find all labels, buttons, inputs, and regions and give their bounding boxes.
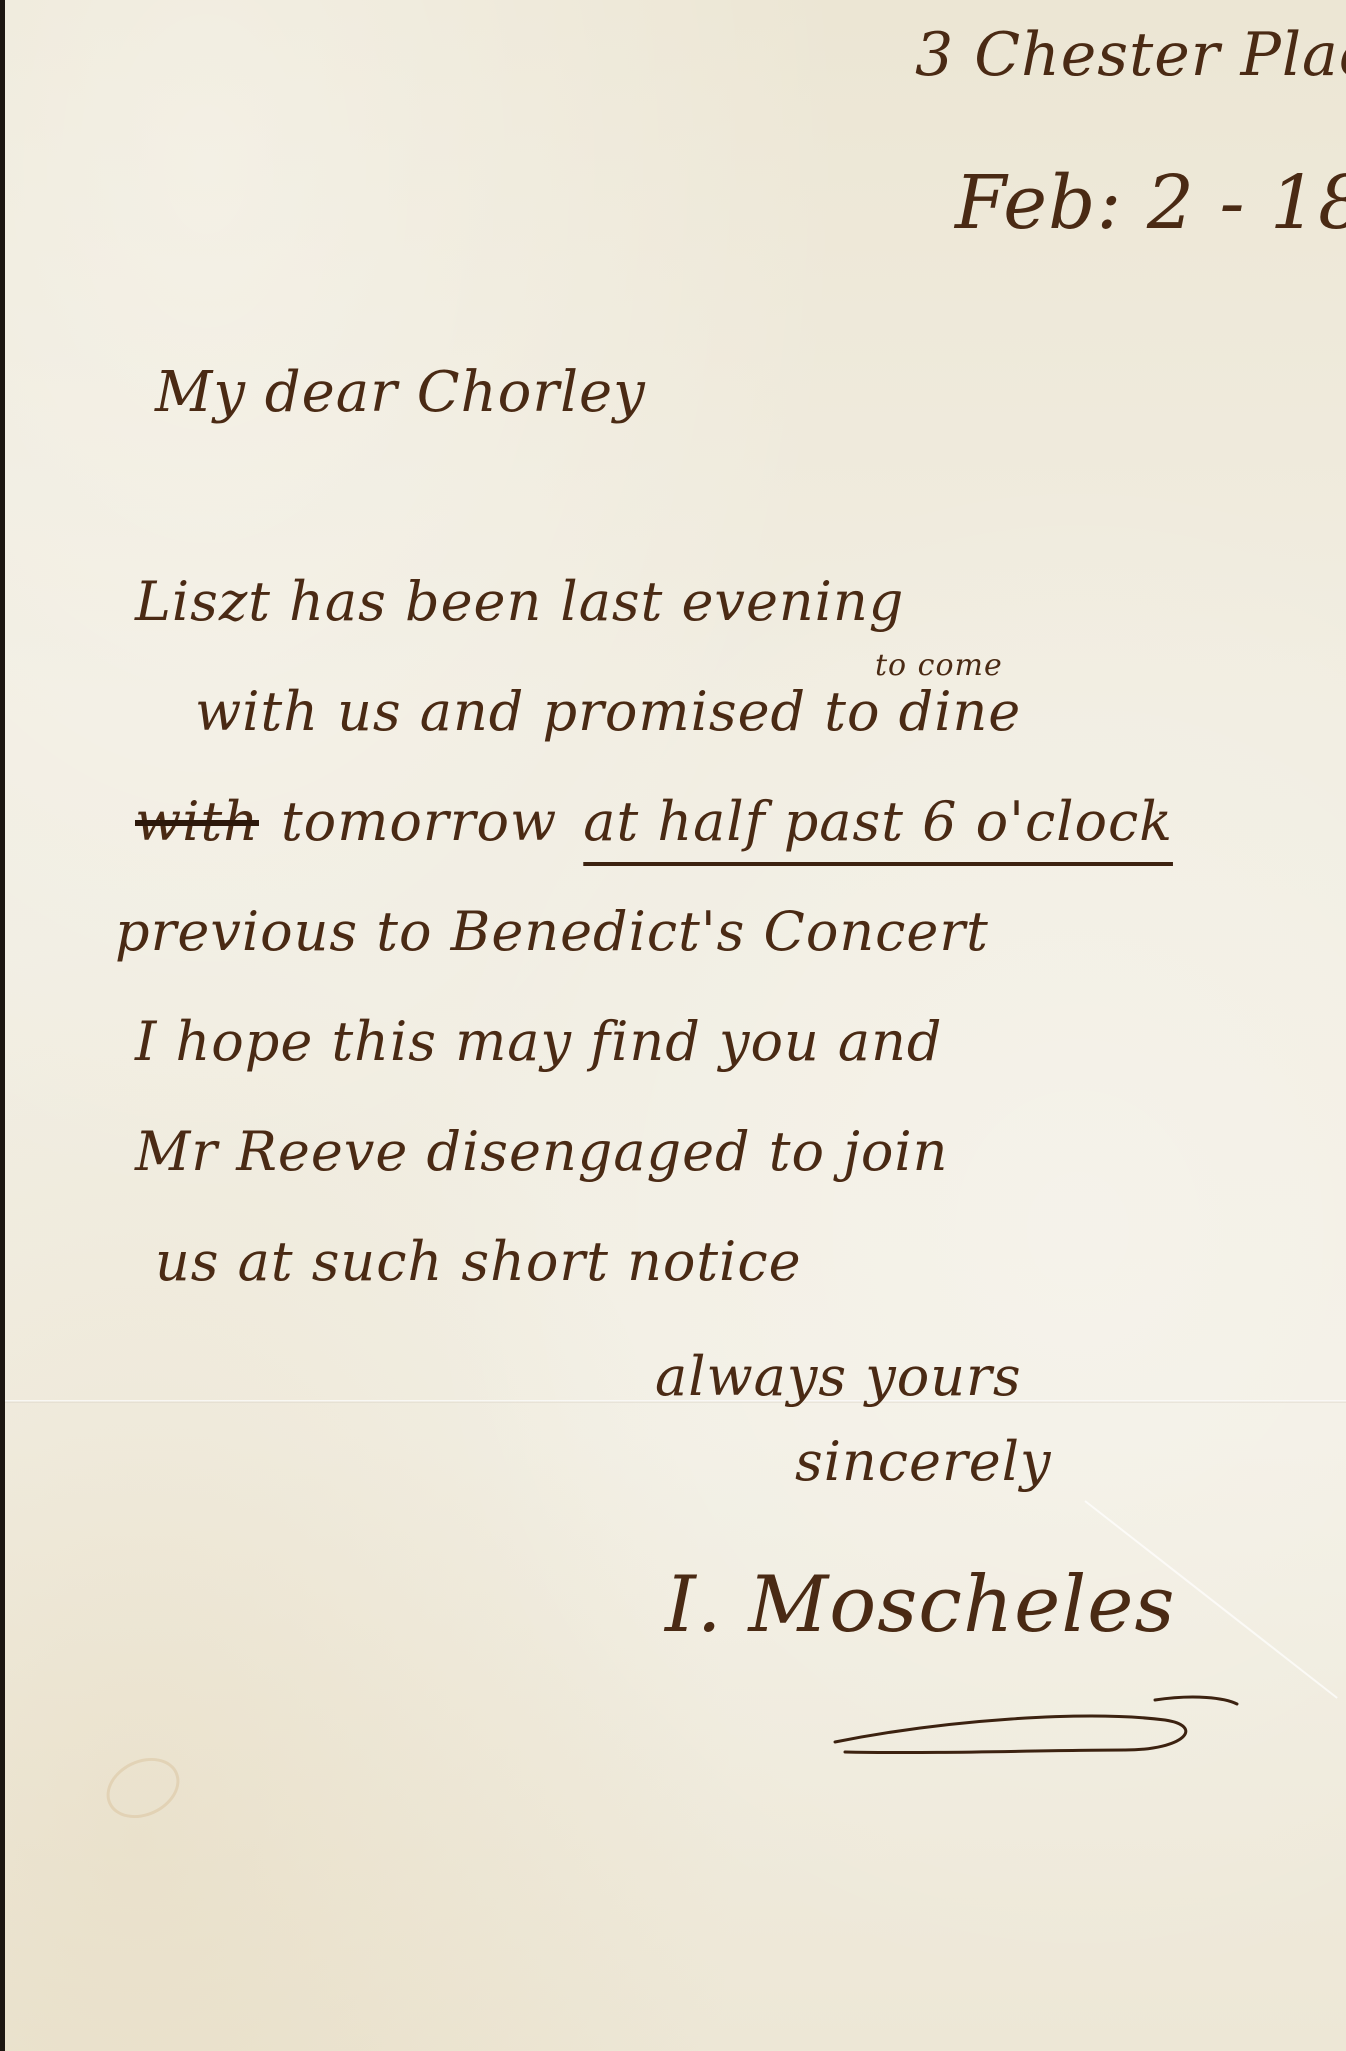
body-line-4: previous to Benedict's Concert [115, 900, 989, 963]
letter-page: 3 Chester Place Feb: 2 - 1841 My dear Ch… [0, 0, 1346, 2051]
signature-flourish-icon [825, 1680, 1245, 1760]
struck-out-word: with [135, 790, 259, 853]
paper-stain [97, 1747, 190, 1830]
signature: I. Moscheles [665, 1560, 1175, 1650]
underlined-time: at half past 6 o'clock [583, 790, 1173, 853]
body-line-2: with us and promised to dine [195, 680, 1021, 743]
body-line-5: I hope this may find you and [135, 1010, 942, 1073]
salutation: My dear Chorley [155, 360, 646, 425]
body-line-1: Liszt has been last evening [135, 570, 904, 633]
closing-line-2: sincerely [795, 1430, 1052, 1493]
body-line-7: us at such short notice [155, 1230, 802, 1293]
body-line-3: withtomorrowat half past 6 o'clock [135, 790, 1173, 853]
letter-date: Feb: 2 - 1841 [955, 160, 1346, 246]
sender-address: 3 Chester Place [915, 20, 1346, 90]
body-line-6: Mr Reeve disengaged to join [135, 1120, 948, 1183]
closing-line-1: always yours [655, 1345, 1022, 1408]
inserted-text: to come [875, 648, 1003, 683]
body-line-3-text: tomorrow [281, 790, 557, 853]
